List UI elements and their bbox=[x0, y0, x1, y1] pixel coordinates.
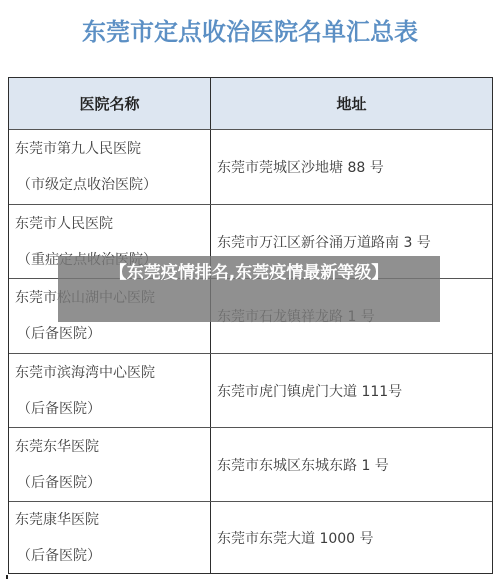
table-row: 东莞康华医院 （后备医院） 东莞市东莞大道 1000 号 bbox=[9, 501, 492, 573]
hospital-address: 东莞市虎门镇虎门大道 111号 bbox=[211, 381, 402, 401]
hospital-address: 东莞市东莞大道 1000 号 bbox=[211, 528, 374, 548]
hospital-note: （后备医院） bbox=[15, 538, 101, 574]
page-title: 东莞市定点收治医院名单汇总表 bbox=[0, 12, 500, 47]
hospital-name: 东莞市人民医院 bbox=[15, 216, 113, 232]
hospital-name-cell: 东莞市滨海湾中心医院 （后备医院） bbox=[9, 355, 155, 427]
hospital-name: 东莞市滨海湾中心医院 bbox=[15, 365, 155, 381]
table-row: 东莞市滨海湾中心医院 （后备医院） 东莞市虎门镇虎门大道 111号 bbox=[9, 353, 492, 427]
hospital-name-cell: 东莞康华医院 （后备医院） bbox=[9, 502, 101, 574]
hospital-address: 东莞市莞城区沙地塘 88 号 bbox=[211, 157, 384, 177]
hospital-note: （后备医院） bbox=[15, 391, 155, 427]
table-row: 东莞市第九人民医院 （市级定点收治医院） 东莞市莞城区沙地塘 88 号 bbox=[9, 129, 492, 204]
hospital-name: 东莞东华医院 bbox=[15, 439, 99, 455]
hospital-name: 东莞市第九人民医院 bbox=[15, 141, 141, 157]
hospital-note: （后备医院） bbox=[15, 465, 101, 501]
hospital-name-cell: 东莞东华医院 （后备医院） bbox=[9, 429, 101, 501]
column-header-address: 地址 bbox=[211, 78, 492, 129]
hospital-address: 东莞市东城区东城东路 1 号 bbox=[211, 455, 389, 475]
hospital-address: 东莞市万江区新谷涌万道路南 3 号 bbox=[211, 232, 431, 252]
table-header: 医院名称 地址 bbox=[9, 78, 492, 129]
table-row: 东莞东华医院 （后备医院） 东莞市东城区东城东路 1 号 bbox=[9, 427, 492, 501]
caption-text: 【东莞疫情排名,东莞疫情最新等级】 bbox=[58, 261, 440, 285]
corner-mark bbox=[6, 575, 8, 579]
column-header-name: 医院名称 bbox=[9, 78, 211, 129]
caption-overlay: 【东莞疫情排名,东莞疫情最新等级】 bbox=[58, 256, 440, 322]
hospital-table: 医院名称 地址 东莞市第九人民医院 （市级定点收治医院） 东莞市莞城区沙地塘 8… bbox=[8, 77, 493, 574]
hospital-name: 东莞康华医院 bbox=[15, 512, 99, 528]
hospital-name-cell: 东莞市第九人民医院 （市级定点收治医院） bbox=[9, 131, 157, 203]
hospital-note: （市级定点收治医院） bbox=[15, 167, 157, 203]
